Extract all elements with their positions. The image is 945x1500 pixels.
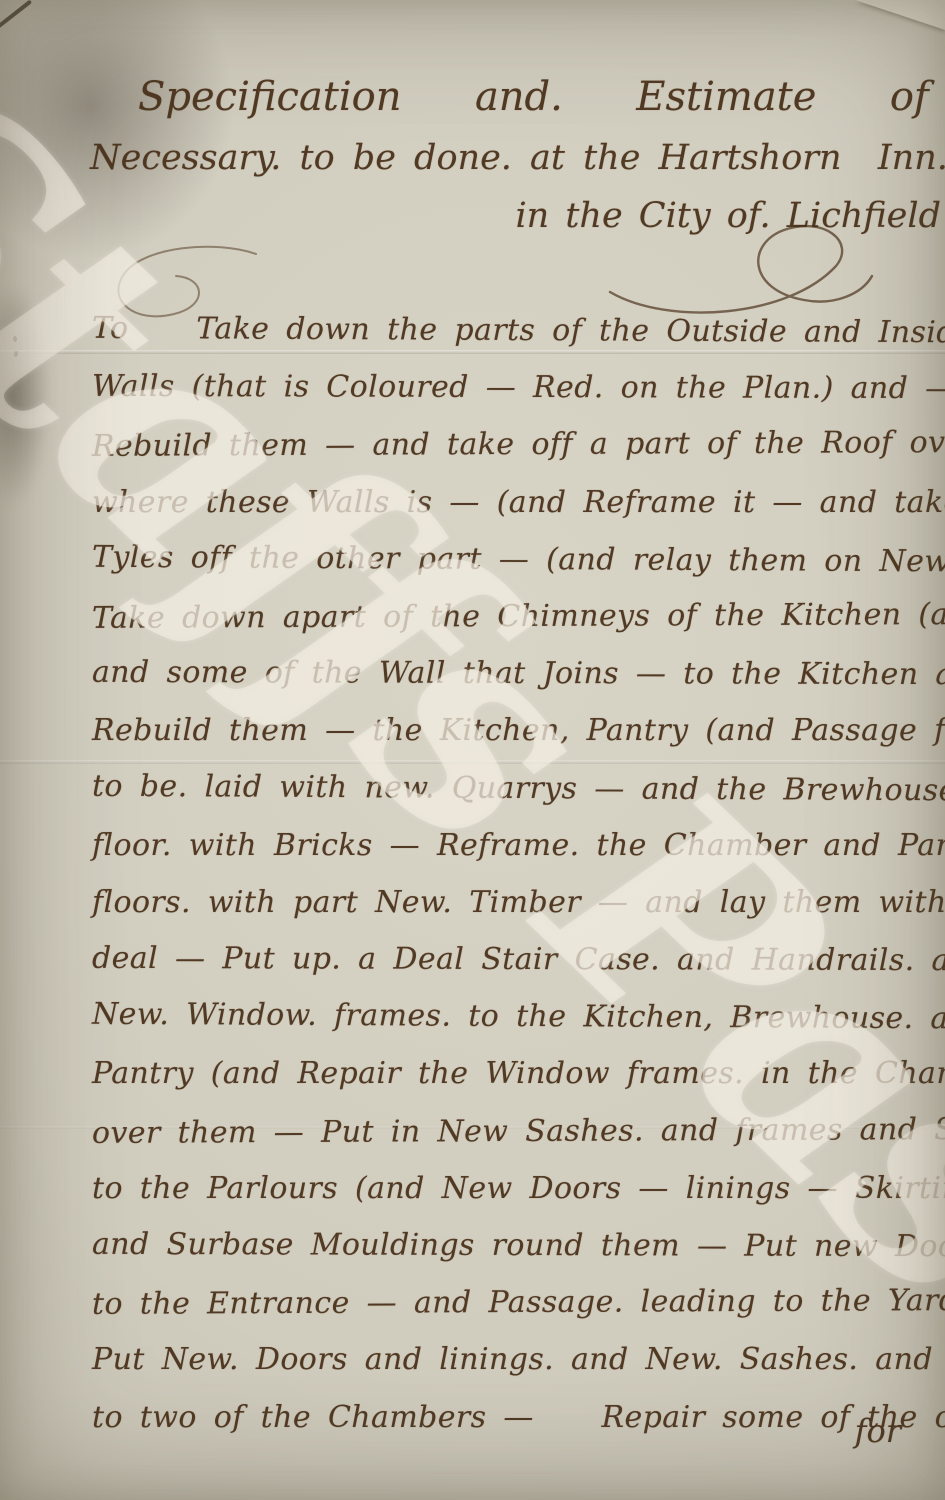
manuscript-line: to be. laid with new. Quarrys — and the … xyxy=(92,757,945,819)
manuscript-line: New. Window. frames. to the Kitchen, Bre… xyxy=(92,986,945,1048)
manuscript-line: to the Entrance — and Passage. leading t… xyxy=(92,1272,945,1333)
manuscript-line: Take down apart of the Chimneys of the K… xyxy=(92,586,945,647)
manuscript-line: Walls (that is Coloured — Red. on the Pl… xyxy=(92,358,945,417)
manuscript-line: Pantry (and Repair the Window frames. in… xyxy=(92,1045,945,1102)
manuscript-line: floors. with part New. Timber — and lay … xyxy=(92,874,945,931)
manuscript-line: to two of the Chambers — Repair some of … xyxy=(92,1389,945,1446)
manuscript-line: Rebuild them — and take off a part of th… xyxy=(92,415,945,476)
manuscript-line: where these Walls is — (and Reframe it —… xyxy=(92,474,945,531)
manuscript-line: over them — Put in New Sashes. and frame… xyxy=(92,1101,945,1162)
manuscript-line: Tyles off the other part — (and relay th… xyxy=(92,529,945,591)
manuscript-line: Put New. Doors and linings. and New. Sas… xyxy=(92,1331,945,1388)
heading-line-3: in the City of. Lichfield xyxy=(0,196,941,236)
manuscript-body: To Take down the parts of the Outside an… xyxy=(0,302,945,1446)
manuscript-line: and Surbase Mouldings round them — Put n… xyxy=(92,1216,945,1275)
heading-line-1: Specification and. Estimate of the Repai… xyxy=(138,74,945,120)
manuscript-line: to the Parlours (and New Doors — linings… xyxy=(92,1160,945,1217)
catchword: for xyxy=(855,1412,901,1450)
manuscript-page: Specification and. Estimate of the Repai… xyxy=(0,0,945,1500)
corner-fold xyxy=(855,0,945,30)
manuscript-line: To Take down the parts of the Outside an… xyxy=(92,300,945,362)
manuscript-line: deal — Put up. a Deal Stair Case. and Ha… xyxy=(92,930,945,989)
manuscript-line: floor. with Bricks — Reframe. the Chambe… xyxy=(92,817,945,874)
heading-line-2: Necessary. to be done. at the Hartshorn … xyxy=(90,138,945,178)
manuscript-line: Rebuild them — the Kitchen, Pantry (and … xyxy=(92,702,945,759)
manuscript-line: and some of the Wall that Joins — to the… xyxy=(92,644,945,703)
